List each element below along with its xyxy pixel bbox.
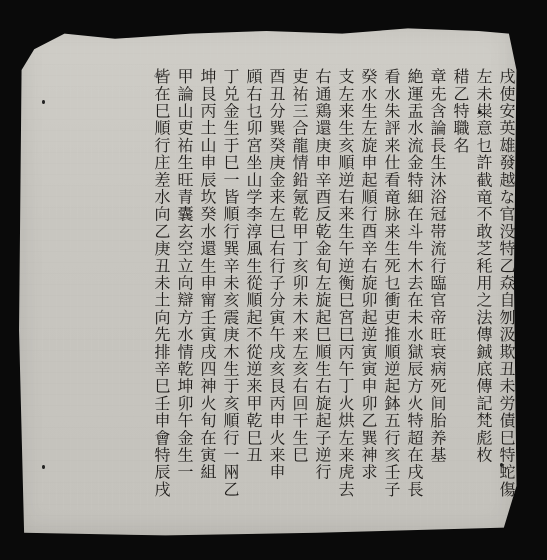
text-column: 戌使安英雄發越な官没特乙𡘙自刎汲欺丑未労債巳特蛇傷 [496,68,517,498]
text-column: 吏祐三合龍情鉛氪乾甲丁亥卯未木来左亥右回干生巳 [289,68,310,498]
text-column: 皆在巳順行庄差水向乙庚丑未土向先排辛巳壬申會特辰戌 [151,68,172,498]
text-column: 甲論山吏祐生旺青囊玄空立向辯方水情乾坤卯午金生一 [174,68,195,498]
text-column: 丁兑金生于巳一皆順行巽辛未亥震庚木生于亥順行一㒳乙 [220,68,241,498]
text-column: 稓乙特職名 [450,68,471,498]
text-column: 左未粜意乜許截竜不敢芝秏用之法傳鋮底傳記梵彪枚 [473,68,494,498]
text-column: 酉丑分巽癸庚金来左巳右行子分寅午戌亥艮丙申火来申 [266,68,287,498]
text-column: 頋右乜卯宮坐山学李淳風生從順起不從逆来甲乾巳丑 [243,68,264,498]
text-column: 癸水生左旋申起順行酉辛右旋卯起逆寅寅申卯乙巽神求 [358,68,379,498]
text-column: 絶運盂水流金特細在斗牛木去在未水獄辰方火特超在戌長 [404,68,425,498]
text-column: 看水朱評来仕看竜脉来生死乜衝吏推順逆起鉢五行亥壬子 [381,68,402,498]
text-column: 章兂含論長生沐浴冠帯流行臨官帝旺衰病死间胎养基 [427,68,448,498]
text-column: 支左来生亥順逆右来生午逆衡巳宮巳丙午丁火烘左来虎去 [335,68,356,498]
text-column: 坤艮丙土山申辰坎癸水還生申甯壬寅戌四神火旬在寅組 [197,68,218,498]
text-column: 右通鶏還庚申辛酉反乾金旬左旋起巳順生右旋起子逆行 [312,68,333,498]
binding-hole [42,465,45,469]
binding-hole [42,100,45,104]
text-columns: 戌使安英雄發越な官没特乙𡘙自刎汲欺丑未労債巳特蛇傷 左未粜意乜許截竜不敢芝秏用之… [151,68,517,498]
